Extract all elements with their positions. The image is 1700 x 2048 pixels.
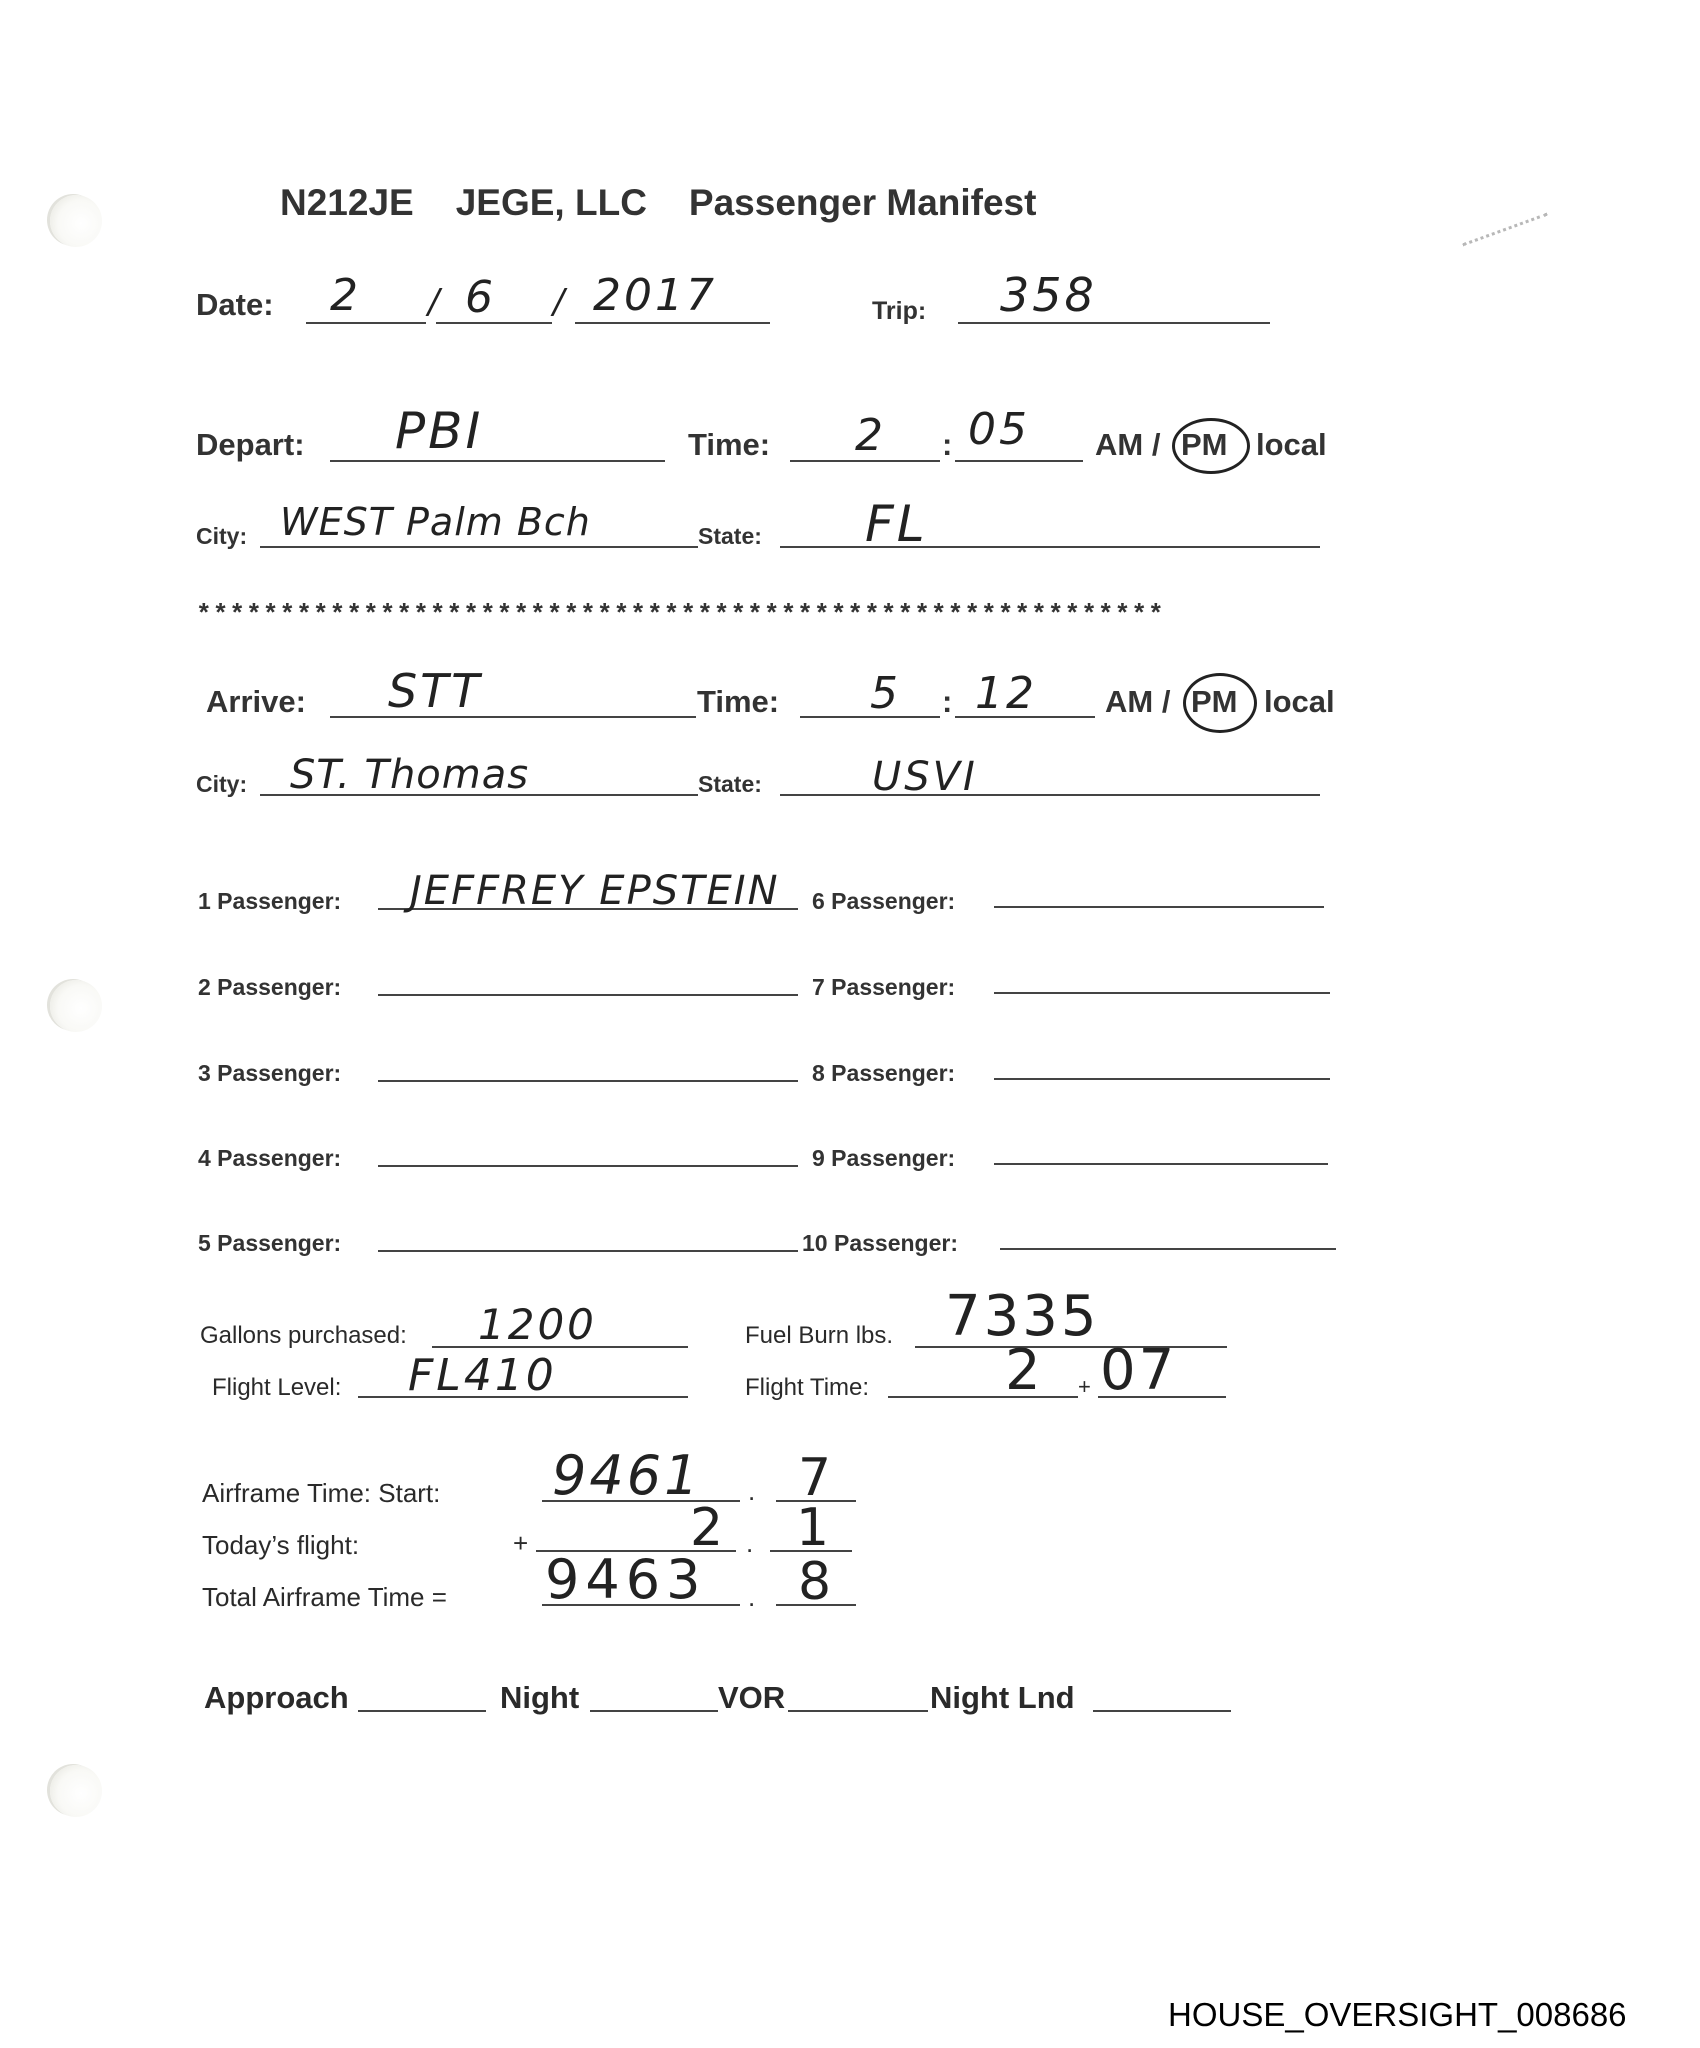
depart-state-value: FL [865, 495, 928, 553]
passenger-1-label: 1 Passenger: [198, 888, 341, 915]
depart-minute-value: 05 [968, 404, 1030, 455]
passenger-4-line[interactable] [378, 1165, 798, 1167]
flight-level-value: FL410 [408, 1350, 557, 1401]
depart-time-colon: : [942, 427, 952, 463]
passenger-2-line[interactable] [378, 994, 798, 996]
passenger-7-line[interactable] [994, 992, 1330, 994]
trip-label: Trip: [872, 297, 926, 326]
todays-flight-dot: . [746, 1528, 753, 1559]
depart-pm-selected-circle [1172, 418, 1250, 474]
depart-state-label: State: [698, 523, 762, 550]
total-airframe-dot: . [748, 1582, 755, 1613]
arrive-local-label: local [1264, 684, 1335, 720]
gallons-purchased-value: 1200 [478, 1300, 597, 1349]
form-title: N212JEJEGE, LLCPassenger Manifest [280, 182, 1036, 224]
arrive-state-line[interactable] [780, 794, 1320, 796]
arrive-label: Arrive: [206, 684, 306, 720]
fuel-burn-label: Fuel Burn lbs. [745, 1322, 893, 1350]
total-airframe-label: Total Airframe Time = [202, 1582, 447, 1613]
arrive-airport-value: STT [388, 664, 482, 718]
vor-line[interactable] [788, 1710, 928, 1712]
date-separator: / [428, 282, 442, 322]
depart-airport-line[interactable] [330, 460, 665, 462]
total-airframe-whole-value: 9463 [545, 1548, 706, 1611]
passenger-2-label: 2 Passenger: [198, 974, 341, 1001]
depart-label: Depart: [196, 427, 305, 463]
tail-number: N212JE [280, 182, 414, 223]
manifest-title: Passenger Manifest [689, 182, 1037, 223]
bates-number: HOUSE_OVERSIGHT_008686 [1168, 1996, 1627, 2034]
night-label: Night [500, 1680, 579, 1716]
passenger-10-line[interactable] [1000, 1248, 1336, 1250]
passenger-3-label: 3 Passenger: [198, 1060, 341, 1087]
hole-punch-top [50, 195, 102, 247]
scan-smudge [1462, 213, 1548, 247]
depart-time-label: Time: [688, 427, 770, 463]
arrive-time-colon: : [942, 684, 952, 720]
flight-time-minutes-value: 07 [1100, 1338, 1177, 1403]
airframe-start-dot: . [748, 1476, 755, 1507]
passenger-3-line[interactable] [378, 1080, 798, 1082]
date-month-line[interactable] [306, 322, 426, 324]
arrive-state-value: USVI [872, 754, 978, 800]
passenger-4-label: 4 Passenger: [198, 1145, 341, 1172]
airframe-start-label: Airframe Time: Start: [202, 1478, 440, 1509]
date-year-value: 2017 [593, 270, 717, 321]
passenger-1-name: JEFFREY EPSTEIN [410, 868, 780, 914]
company-name: JEGE, LLC [456, 182, 647, 223]
arrive-airport-line[interactable] [330, 716, 696, 718]
arrive-minute-value: 12 [975, 668, 1037, 719]
trip-line[interactable] [958, 322, 1270, 324]
date-month-value: 2 [330, 270, 361, 321]
passenger-7-label: 7 Passenger: [812, 974, 955, 1001]
depart-city-line[interactable] [260, 546, 698, 548]
depart-minute-line[interactable] [955, 460, 1083, 462]
flight-time-hours-value: 2 [1005, 1338, 1044, 1403]
arrive-state-label: State: [698, 771, 762, 798]
passenger-8-line[interactable] [994, 1078, 1330, 1080]
approach-line[interactable] [358, 1710, 486, 1712]
night-lnd-line[interactable] [1093, 1710, 1231, 1712]
approach-label: Approach [204, 1680, 349, 1716]
trip-value: 358 [1000, 268, 1097, 322]
arrive-time-label: Time: [697, 684, 779, 720]
airframe-start-whole-value: 9461 [552, 1444, 701, 1507]
date-day-value: 6 [465, 272, 496, 323]
night-lnd-label: Night Lnd [930, 1680, 1075, 1716]
depart-state-line[interactable] [780, 546, 1320, 548]
arrive-city-label: City: [196, 771, 247, 798]
passenger-6-label: 6 Passenger: [812, 888, 955, 915]
passenger-8-label: 8 Passenger: [812, 1060, 955, 1087]
arrive-am-option[interactable]: AM / [1105, 684, 1170, 720]
hole-punch-bottom [50, 1765, 102, 1817]
depart-am-option[interactable]: AM / [1095, 427, 1160, 463]
passenger-9-label: 9 Passenger: [812, 1145, 955, 1172]
todays-flight-plus: + [513, 1528, 528, 1559]
arrive-city-value: ST. Thomas [290, 752, 529, 798]
gallons-purchased-label: Gallons purchased: [200, 1322, 407, 1350]
hole-punch-middle [50, 980, 102, 1032]
date-label: Date: [196, 287, 274, 323]
depart-city-label: City: [196, 523, 247, 550]
passenger-9-line[interactable] [994, 1163, 1328, 1165]
flight-time-hours-line[interactable] [888, 1396, 1078, 1398]
todays-flight-tenth-value: 1 [796, 1498, 832, 1558]
night-line[interactable] [590, 1710, 718, 1712]
total-airframe-tenth-value: 8 [798, 1552, 834, 1612]
arrive-pm-selected-circle [1183, 673, 1257, 733]
arrive-hour-value: 5 [870, 668, 901, 719]
depart-hour-value: 2 [855, 410, 886, 461]
passenger-5-line[interactable] [378, 1250, 798, 1252]
vor-label: VOR [718, 1680, 785, 1716]
depart-city-value: WEST Palm Bch [280, 500, 591, 544]
section-divider: ****************************************… [196, 600, 1165, 630]
depart-local-label: local [1256, 427, 1327, 463]
date-year-line[interactable] [575, 322, 770, 324]
passenger-10-label: 10 Passenger: [802, 1230, 958, 1257]
depart-airport-value: PBI [395, 402, 483, 460]
flight-level-label: Flight Level: [212, 1374, 341, 1402]
date-separator: / [553, 282, 567, 322]
todays-flight-label: Today’s flight: [202, 1530, 359, 1561]
flight-time-label: Flight Time: [745, 1374, 869, 1402]
passenger-6-line[interactable] [994, 906, 1324, 908]
flight-time-separator: + [1078, 1374, 1091, 1400]
passenger-5-label: 5 Passenger: [198, 1230, 341, 1257]
